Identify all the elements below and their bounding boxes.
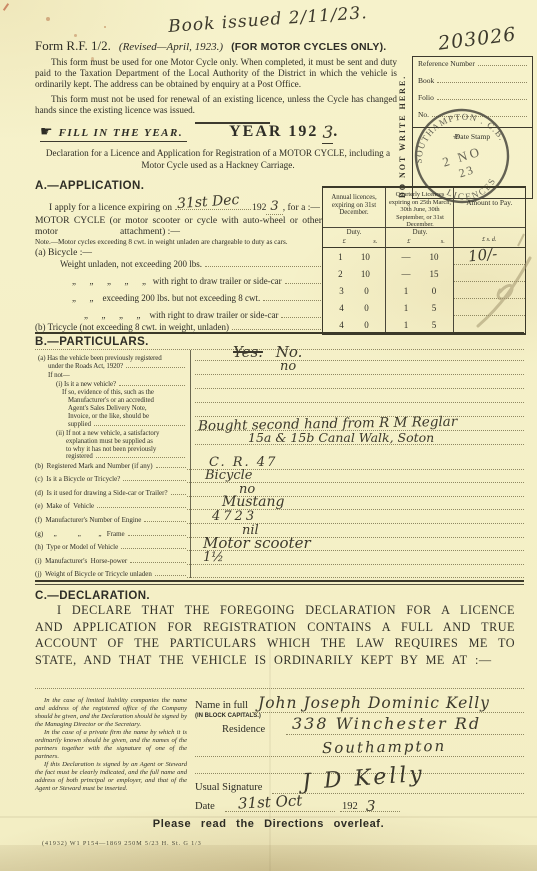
dotted-leader: [263, 300, 321, 301]
particular-ii-line: (ii) If not a new vehicle, a satisfactor…: [56, 430, 159, 437]
dotted-leader: [130, 562, 186, 563]
handwritten-residence-1: 338 Winchester Rd: [292, 714, 481, 733]
handwritten-answer: 1½: [203, 551, 224, 564]
form-number: Form R.F. 1/2.: [35, 38, 111, 54]
evidence-note-line: Manufacturer's or an accredited: [68, 397, 154, 404]
section-divider: [35, 332, 524, 334]
office-field-label: Book: [418, 76, 434, 85]
answer-line: [195, 402, 524, 403]
handwritten-date: 31st Oct: [238, 791, 303, 812]
particular-label: (e) Make of Vehicle: [35, 502, 94, 510]
office-field-label: Folio: [418, 93, 434, 102]
dotted-leader: [437, 82, 527, 83]
dotted-leader: [478, 65, 527, 66]
particular-ii-line: to why it has not been previously: [66, 446, 156, 453]
foxing-dot: [74, 34, 77, 37]
dotted-leader: [205, 266, 321, 267]
particular-row: (h) Type or Model of Vehicle Motor scoot…: [35, 538, 524, 552]
stamp-year: 23: [457, 162, 476, 180]
evidence-supplied-text: supplied: [68, 421, 91, 428]
bottom-stain: [0, 845, 537, 871]
fill-in-year-label: FILL IN THE YEAR.: [53, 127, 188, 142]
address-line: [35, 688, 524, 689]
office-field-label: Reference Number: [418, 59, 475, 68]
particular-a-line2: under the Roads Act, 1920?: [48, 362, 186, 370]
handwritten-answer: Bicycle: [205, 469, 252, 482]
residence-line-1: [286, 734, 524, 735]
usual-signature-label: Usual Signature: [195, 782, 262, 793]
dotted-leader: [94, 425, 185, 426]
shilling-sign: s.: [373, 237, 377, 246]
note-paragraph: If this Declaration is signed by an Agen…: [35, 761, 187, 793]
quarterly-value-row: —15: [386, 265, 454, 282]
answer-area: 4723: [187, 509, 524, 524]
handwritten-signature: J D Kelly: [301, 762, 425, 796]
year-handwritten: 3: [322, 123, 333, 144]
handwritten-bought-line2: 15a & 15b Canal Walk, Soton: [248, 430, 434, 445]
handwritten-ref-number: 203026: [437, 23, 518, 54]
form-title-line: Form R.F. 1/2. (Revised—April, 1923.) (F…: [35, 38, 435, 54]
apply-text-end: , for a :—: [283, 202, 320, 213]
form-cycles-only: (FOR MOTOR CYCLES ONLY).: [231, 41, 386, 53]
particular-row: (j) Weight of Bicycle or Tricycle unlade…: [35, 565, 524, 579]
read-directions-footer: Please read the Directions overleaf.: [0, 818, 537, 830]
residence-line-2: [195, 756, 524, 757]
quarterly-column: Quarterly Licences expiring on 25th Marc…: [385, 188, 454, 333]
note-paragraph: In the case of a private firm the name b…: [35, 729, 187, 761]
section-b-heading: B.—PARTICULARS.: [35, 336, 149, 348]
answer-line: [195, 374, 524, 375]
duty-row-label: (b) Tricycle (not exceeding 8 cwt. in we…: [35, 322, 322, 332]
handwritten-name: John Joseph Dominic Kelly: [258, 694, 490, 712]
foxing-dot: [46, 17, 50, 21]
handwritten-date-year: 3: [366, 797, 376, 815]
date-label: Date: [195, 801, 215, 812]
particular-label: (g) „ „ „ Frame: [35, 530, 125, 538]
quarterly-value-row: —10: [386, 248, 454, 265]
handwritten-book-issued: Book issued 2/11/23.: [168, 3, 369, 37]
section-divider-thin: [35, 584, 524, 585]
intro-paragraph-2: This form must not be used for renewal o…: [35, 94, 397, 116]
handwritten-answer: Motor scooter: [203, 537, 311, 550]
duty-row-label-text: (b) Tricycle (not exceeding 8 cwt. in we…: [35, 322, 229, 332]
foxing-dot: [104, 26, 106, 28]
duty-row-label-text: „ „ „ „ with right to draw trailer or si…: [84, 310, 278, 320]
particular-label: (d) Is it used for drawing a Side-car or…: [35, 489, 168, 497]
intro-paragraph-1: This form must be used for one Motor Cyc…: [35, 57, 397, 90]
evidence-note-line: Agent's Sales Delivery Note,: [68, 405, 147, 412]
particular-row: (e) Make of Vehicle Mustang: [35, 497, 524, 511]
particular-label: (h) Type or Model of Vehicle: [35, 543, 118, 551]
dotted-leader: [119, 385, 185, 386]
handwritten-expiry-date: 31st Dec: [177, 192, 240, 212]
particular-label: (b) Registered Mark and Number (if any): [35, 462, 153, 470]
duty-row-label-text: Weight unladen, not exceeding 200 lbs.: [60, 259, 202, 269]
dotted-leader: [121, 548, 186, 549]
declaration-notes: In the case of limited liability compani…: [35, 697, 187, 793]
pound-sign: £: [343, 237, 346, 246]
date-year-line: [340, 811, 400, 812]
year-period: .: [333, 123, 337, 141]
handwritten-yes-struck: Yes.: [233, 343, 263, 361]
quarterly-value-row: 10: [386, 282, 454, 299]
motor-cycle-line2: attachment) :—: [120, 226, 180, 237]
dotted-leader: [232, 329, 321, 330]
section-c-heading: C.—DECLARATION.: [35, 590, 150, 602]
annual-header: Annual licences, expiring on 31st Decemb…: [323, 188, 385, 228]
dotted-leader: [128, 535, 186, 536]
form-subtitle: Declaration for a Licence and Applicatio…: [38, 148, 398, 171]
duty-label: Duty.: [323, 228, 385, 237]
particular-row: (c) Is it a Bicycle or Tricycle? Bicycle: [35, 470, 524, 484]
answer-area: Motor scooter: [187, 537, 524, 552]
dotted-leader: [171, 494, 186, 495]
annual-duty-subheader: Duty. £s.: [323, 228, 385, 248]
answer-area: 1½: [187, 550, 524, 565]
office-field-row: Reference Number: [413, 57, 532, 74]
stamp-star: *: [451, 130, 462, 146]
name-label: Name in full: [195, 700, 248, 711]
annual-value-row: 30: [323, 282, 385, 299]
quarterly-header: Quarterly Licences expiring on 25th Marc…: [386, 188, 454, 228]
dotted-leader: [281, 317, 321, 318]
manicule-icon: ☛: [40, 124, 53, 142]
dotted-leader: [144, 521, 186, 522]
annual-value-row: 40: [323, 316, 385, 333]
particular-label: (f) Manufacturer's Number of Engine: [35, 516, 141, 524]
annual-column: Annual licences, expiring on 31st Decemb…: [323, 188, 385, 333]
answer-area: Bicycle: [187, 469, 524, 484]
apply-year-printed: 192: [252, 202, 266, 213]
note-line: Note.—Motor cycles exceeding 8 cwt. in w…: [35, 238, 288, 246]
apply-line: I apply for a licence expiring on 31st D…: [35, 199, 320, 215]
name-line: [252, 712, 524, 713]
if-not-label: If not—: [48, 371, 70, 379]
handwritten-answer: C. R. 47: [209, 456, 277, 469]
section-divider: [35, 580, 524, 582]
duty-row-label: „ „ „ „ with right to draw trailer or si…: [84, 310, 322, 320]
particular-i-text: (i) Is it a new vehicle?: [56, 380, 116, 388]
section-a-heading: A.—APPLICATION.: [35, 180, 144, 192]
amount-header: Amount to Pay.: [454, 188, 525, 228]
dotted-leader: [156, 467, 186, 468]
shilling-sign: s.: [441, 237, 445, 246]
quarterly-value-row: 15: [386, 316, 454, 333]
particular-ii-line: explanation must be supplied as: [66, 438, 153, 445]
scanned-form-page: Book issued 2/11/23. Form R.F. 1/2. (Rev…: [0, 0, 537, 871]
duty-row-label: „ „ „ „ „ with right to draw trailer or …: [72, 276, 322, 286]
date-line: [225, 811, 335, 812]
evidence-note-line: supplied: [68, 421, 186, 428]
annual-value-row: 210: [323, 265, 385, 282]
particular-label: (c) Is it a Bicycle or Tricycle?: [35, 475, 120, 483]
particular-row: (b) Registered Mark and Number (if any) …: [35, 456, 524, 470]
evidence-note-line: If so, evidence of this, such as the: [62, 389, 154, 396]
duty-row-label: Weight unladen, not exceeding 200 lbs.: [60, 259, 322, 269]
declaration-text: I DECLARE THAT THE FOREGOING DECLARATION…: [35, 602, 515, 668]
quarterly-value-row: 15: [386, 299, 454, 316]
particular-label: (i) Manufacturer's Horse-power: [35, 557, 127, 565]
handwritten-residence-2: Southampton: [322, 737, 446, 757]
answer-area: [187, 564, 524, 579]
particular-i-label: (i) Is it a new vehicle?: [56, 380, 186, 388]
form-revised: (Revised—April, 1923.): [119, 41, 223, 53]
dotted-leader: [285, 283, 321, 284]
dotted-leader: [97, 507, 186, 508]
handwritten-no-2: no: [280, 359, 296, 374]
evidence-note-line: Invoice, or the like, should be: [68, 413, 149, 420]
quarterly-duty-subheader: Duty. £s.: [386, 228, 454, 248]
duty-row-label-text: „ „ „ „ „ with right to draw trailer or …: [72, 276, 282, 286]
year-printed: YEAR 192: [229, 123, 318, 141]
bicycle-heading: (a) Bicycle :—: [35, 247, 92, 258]
handwritten-apply-year: 3: [266, 199, 282, 215]
dotted-leader: 31st Dec: [175, 209, 251, 210]
particular-row: (f) Manufacturer's Number of Engine 4723: [35, 510, 524, 524]
fill-in-year-line: ☛ FILL IN THE YEAR. YEAR 192 3 .: [40, 121, 337, 142]
signature-line: [272, 793, 524, 794]
particular-row: (i) Manufacturer's Horse-power 1½: [35, 551, 524, 565]
annual-value-row: 110: [323, 248, 385, 265]
particular-a-line2-text: under the Roads Act, 1920?: [48, 362, 123, 370]
dotted-leader: [155, 575, 186, 576]
note-paragraph: In the case of limited liability compani…: [35, 697, 187, 729]
duty-label: Duty.: [386, 228, 454, 237]
handwritten-answer: 4723: [212, 510, 257, 523]
residence-label: Residence: [222, 724, 265, 735]
pound-sign: £: [407, 237, 410, 246]
block-capitals-label: (IN BLOCK CAPITALS.): [195, 713, 261, 719]
dotted-leader: [123, 480, 186, 481]
apply-text: I apply for a licence expiring on: [35, 202, 172, 213]
office-field-row: Book: [413, 74, 532, 91]
duty-row-label-text: „ „ exceeding 200 lbs. but not exceeding…: [72, 293, 260, 303]
handwritten-answer: Mustang: [222, 496, 285, 509]
annual-value-row: 40: [323, 299, 385, 316]
corner-mark: [3, 3, 9, 11]
duty-row-label: „ „ exceeding 200 lbs. but not exceeding…: [72, 293, 322, 303]
answer-line: [195, 388, 524, 389]
pencil-scribble: [460, 230, 537, 340]
particular-label: (j) Weight of Bicycle or Tricycle unlade…: [35, 570, 152, 578]
dotted-leader: [126, 367, 185, 368]
particular-a-line1: (a) Has the vehicle been previously regi…: [38, 354, 162, 362]
